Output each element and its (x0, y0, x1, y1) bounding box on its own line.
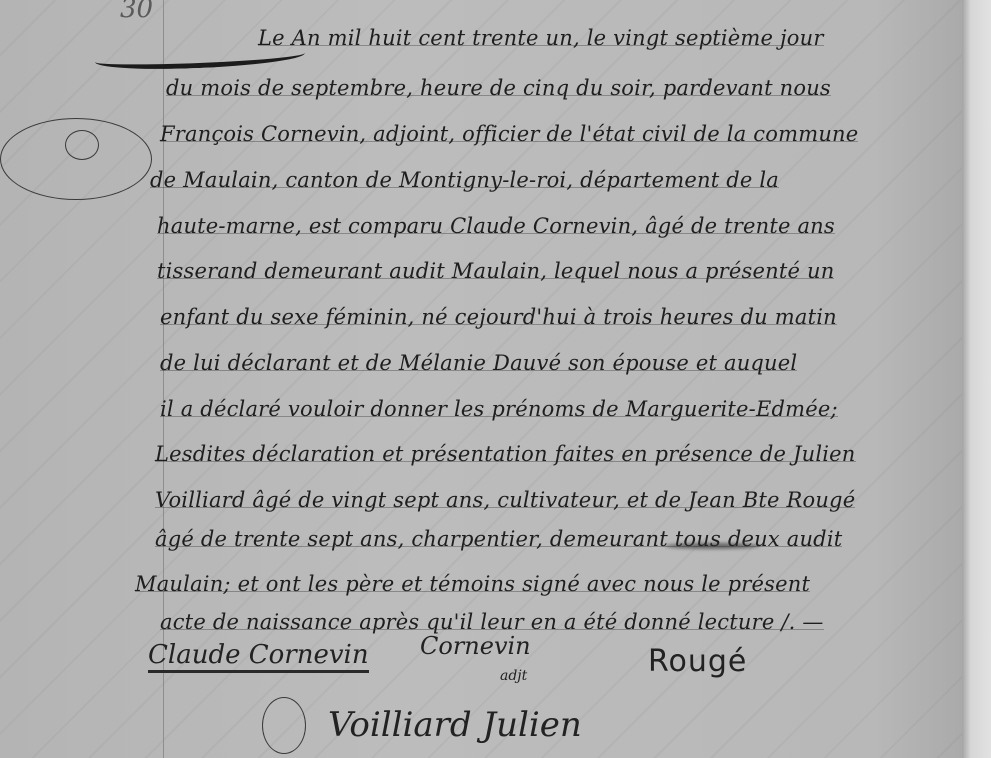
record-line-2: du mois de septembre, heure de cinq du s… (166, 76, 831, 100)
signature-officer-title: adjt (500, 668, 527, 684)
record-line-10: Lesdites déclaration et présentation fai… (155, 442, 856, 466)
signature-witness-rouge: Rougé (648, 644, 747, 679)
record-line-4: de Maulain, canton de Montigny-le-roi, d… (150, 168, 779, 192)
scan-edge (962, 0, 991, 758)
record-line-14: acte de naissance après qu'il leur en a … (160, 610, 824, 634)
ink-smudge (665, 543, 760, 549)
signature-father: Claude Cornevin (148, 640, 369, 673)
record-line-8: de lui déclarant et de Mélanie Dauvé son… (160, 351, 797, 375)
record-line-5: haute-marne, est comparu Claude Cornevin… (157, 214, 835, 238)
record-line-11: Voilliard âgé de vingt sept ans, cultiva… (155, 488, 855, 512)
signature-flourish (262, 697, 306, 754)
signature-witness-voilliard: Voilliard Julien (328, 705, 582, 745)
record-line-13: Maulain; et ont les père et témoins sign… (135, 572, 810, 596)
record-line-9: il a déclaré vouloir donner les prénoms … (160, 397, 838, 421)
folio-number: 30 (120, 0, 153, 24)
record-line-7: enfant du sexe féminin, né cejourd'hui à… (160, 305, 837, 329)
signature-officer: Cornevin (420, 632, 531, 660)
document-page: 30 Le An mil huit cent trente un, le vin… (0, 0, 970, 758)
record-line-1: Le An mil huit cent trente un, le vingt … (258, 26, 824, 50)
record-line-3: François Cornevin, adjoint, officier de … (160, 122, 858, 146)
record-line-6: tisserand demeurant audit Maulain, leque… (157, 259, 834, 283)
margin-flourish-loop (65, 130, 99, 160)
